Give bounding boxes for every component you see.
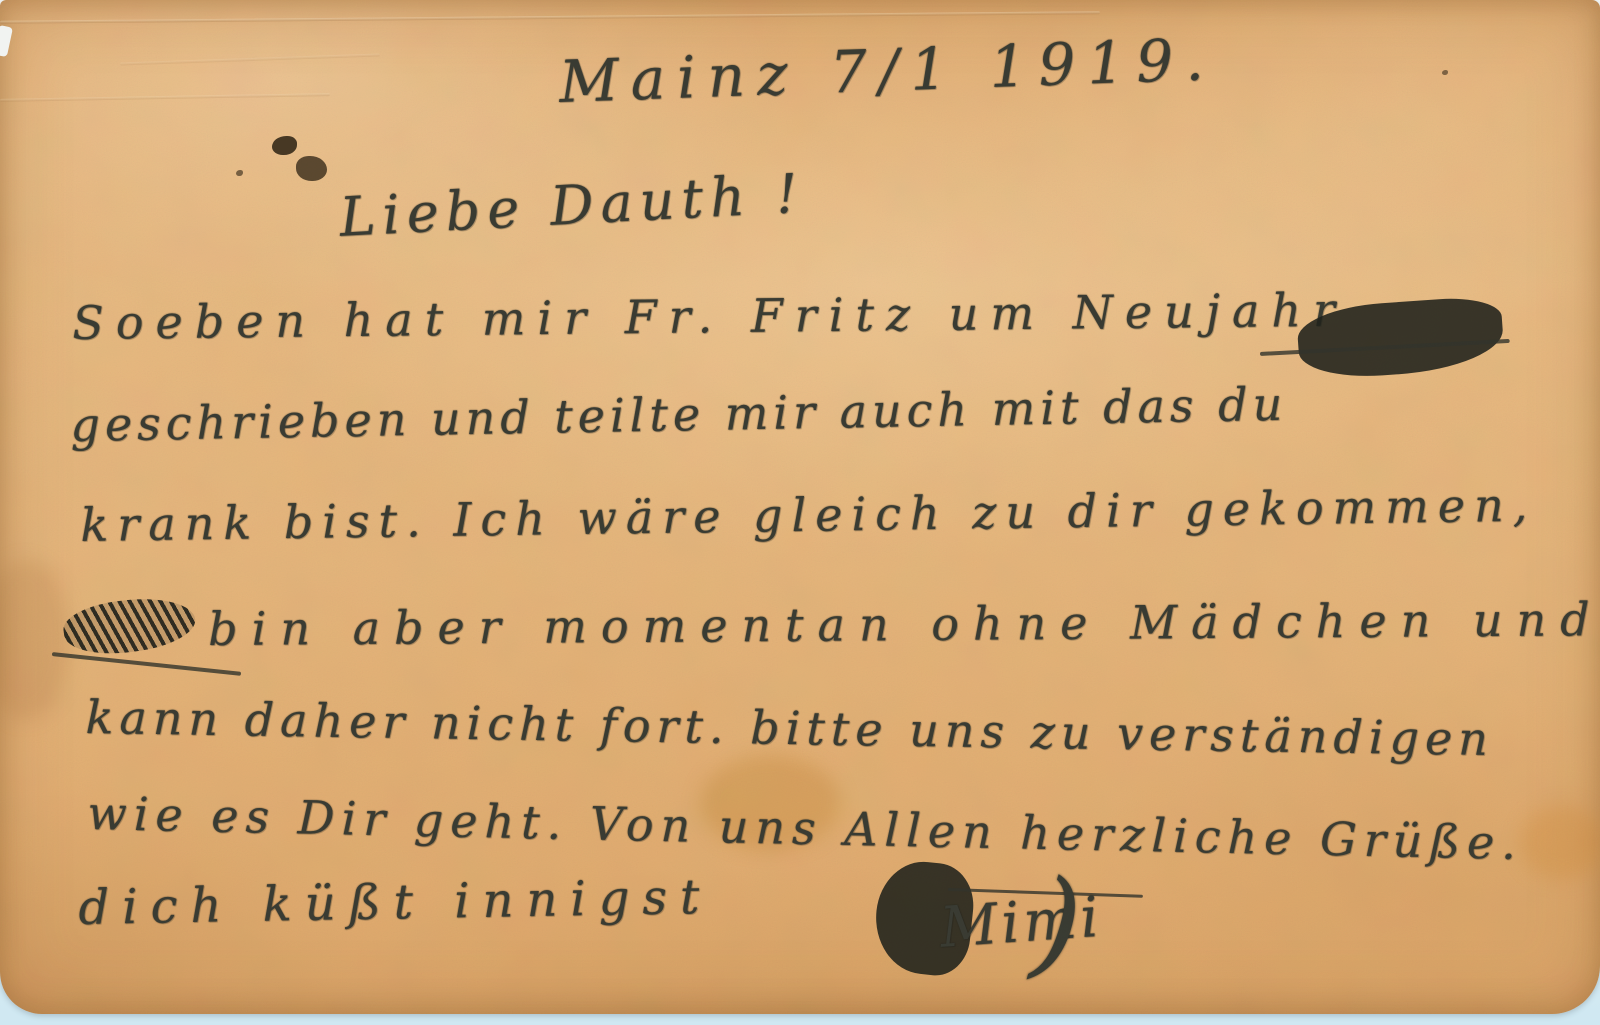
ink-speck [296, 156, 327, 181]
postcard-paper: Mainz 7/1 1919. Liebe Dauth ! Soeben hat… [0, 0, 1600, 1014]
paper-stain [0, 560, 70, 720]
signature-flourish: ) [1028, 852, 1088, 994]
body-line: kann daher nicht fort. bitte uns zu vers… [85, 690, 1494, 766]
paper-crease [120, 53, 380, 65]
paper-crease [0, 11, 1100, 24]
strikethrough-scribble [61, 592, 198, 660]
paper-crease [0, 93, 330, 102]
ink-speck [236, 170, 243, 176]
scanned-postcard-image: Mainz 7/1 1919. Liebe Dauth ! Soeben hat… [0, 0, 1600, 1025]
body-line: Soeben hat mir Fr. Fritz um Neujahr [72, 283, 1347, 350]
paper-edge-notch [0, 25, 13, 57]
ink-speck [272, 136, 297, 155]
body-line: krank bist. Ich wäre gleich zu dir gekom… [80, 478, 1537, 552]
body-line: bin aber momentan ohne Mädchen und [208, 592, 1600, 656]
closing-line: dich küßt innigst [78, 869, 713, 936]
ink-speck [1442, 70, 1448, 75]
body-line: geschrieben und teilte mir auch mit das … [70, 377, 1288, 452]
dateline: Mainz 7/1 1919. [558, 25, 1217, 116]
salutation: Liebe Dauth ! [338, 162, 806, 249]
paper-stain [1520, 805, 1600, 880]
